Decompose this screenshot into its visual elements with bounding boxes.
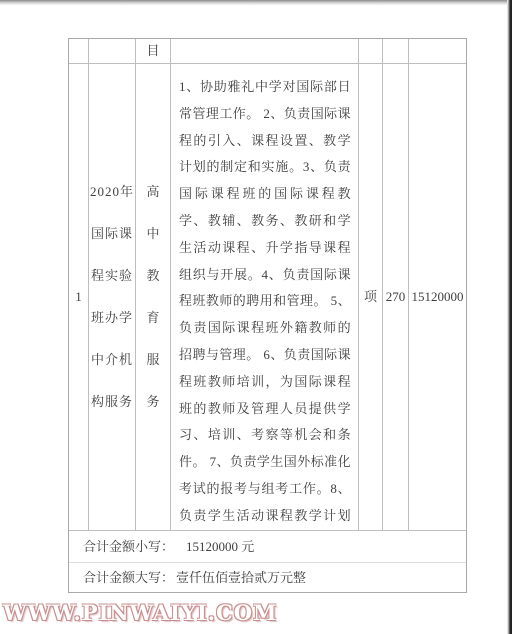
total-numeric-label: 合计金额小写： [83, 538, 174, 556]
unit-cell: 项 [359, 64, 383, 531]
row-index: 1 [69, 64, 89, 531]
project-name-cell: 2020年国际课程实验班办学中介机构服务 [89, 64, 136, 531]
header-cell-quantity [383, 39, 409, 64]
site-watermark: WWW.PINWAIYI.COM [3, 600, 277, 625]
project-name-text: 2020年国际课程实验班办学中介机构服务 [90, 171, 134, 423]
service-description: 1、协助雅礼中学对国际部日常管理工作。 2、负责国际课程的引入、课程设置、教学计… [171, 64, 359, 531]
total-amount-words-row: 合计金额大写： 壹仟伍佰壹拾贰万元整 [69, 563, 466, 592]
total-amount-numeric-row: 合计金额小写： 15120000 元 [69, 531, 466, 563]
quantity-cell: 270 [383, 64, 409, 531]
total-words-label: 合计金额大写： [83, 569, 174, 587]
total-numeric-value: 15120000 元 [186, 538, 254, 556]
header-cell-project [89, 39, 136, 64]
header-cell-index [69, 39, 89, 64]
service-detail-table: 目 1 2020年国际课程实验班办学中介机构服务 高中教育服务 1、协助雅礼中学… [68, 38, 467, 593]
category-cell: 高中教育服务 [136, 64, 171, 531]
amount-cell: 15120000 [409, 64, 466, 531]
category-text: 高中教育服务 [146, 171, 161, 423]
page-top-edge [0, 0, 512, 5]
header-cell-description [171, 39, 359, 64]
header-cell-category: 目 [136, 39, 171, 64]
total-words-value: 壹仟伍佰壹拾贰万元整 [176, 569, 306, 587]
header-cell-unit [359, 39, 383, 64]
page-right-edge [507, 0, 512, 634]
header-cell-amount [409, 39, 466, 64]
